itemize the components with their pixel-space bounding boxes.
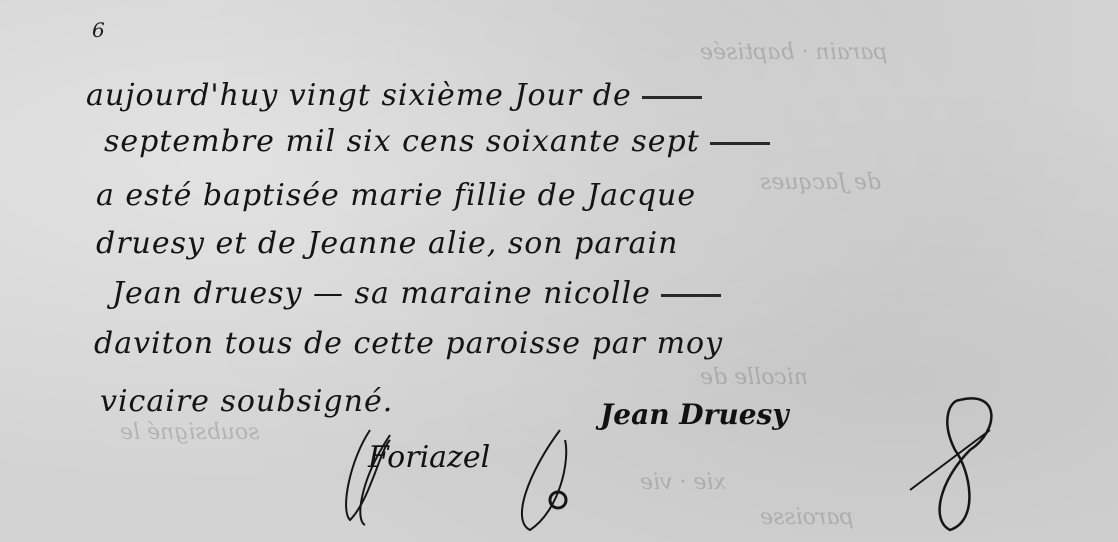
record-line-6: daviton tous de cette paroisse par moy bbox=[94, 326, 723, 361]
signature-flourish-right bbox=[900, 390, 1010, 540]
bleed-through-text: de Jacques bbox=[760, 170, 881, 195]
record-line-2: septembre mil six cens soixante sept bbox=[104, 124, 770, 159]
bleed-through-text: nicolle de bbox=[700, 365, 808, 390]
record-line-3: a esté baptisée marie fillie de Jacque bbox=[96, 178, 696, 213]
bleed-through-text: soubsigné le bbox=[120, 420, 259, 445]
line-dash bbox=[642, 96, 702, 99]
record-line-1: aujourd'huy vingt sixième Jour de bbox=[86, 78, 702, 113]
record-line-4: druesy et de Jeanne alie, son parain bbox=[96, 226, 678, 261]
record-line-5: Jean druesy — sa maraine nicolle bbox=[112, 276, 721, 311]
bleed-through-text: parain · baptisée bbox=[700, 40, 888, 65]
scanned-page: parain · baptisée de Jacques nicolle de … bbox=[0, 0, 1118, 542]
line-dash bbox=[710, 142, 770, 145]
marginal-note: 6 bbox=[92, 18, 105, 42]
bleed-through-text: xie · vie bbox=[640, 470, 726, 495]
signature-flourish-left bbox=[330, 420, 590, 540]
record-line-7: vicaire soubsigné. bbox=[100, 384, 393, 419]
signature-right: Jean Druesy bbox=[600, 398, 789, 431]
line-dash bbox=[661, 294, 721, 297]
bleed-through-text: paroisse bbox=[760, 505, 854, 530]
